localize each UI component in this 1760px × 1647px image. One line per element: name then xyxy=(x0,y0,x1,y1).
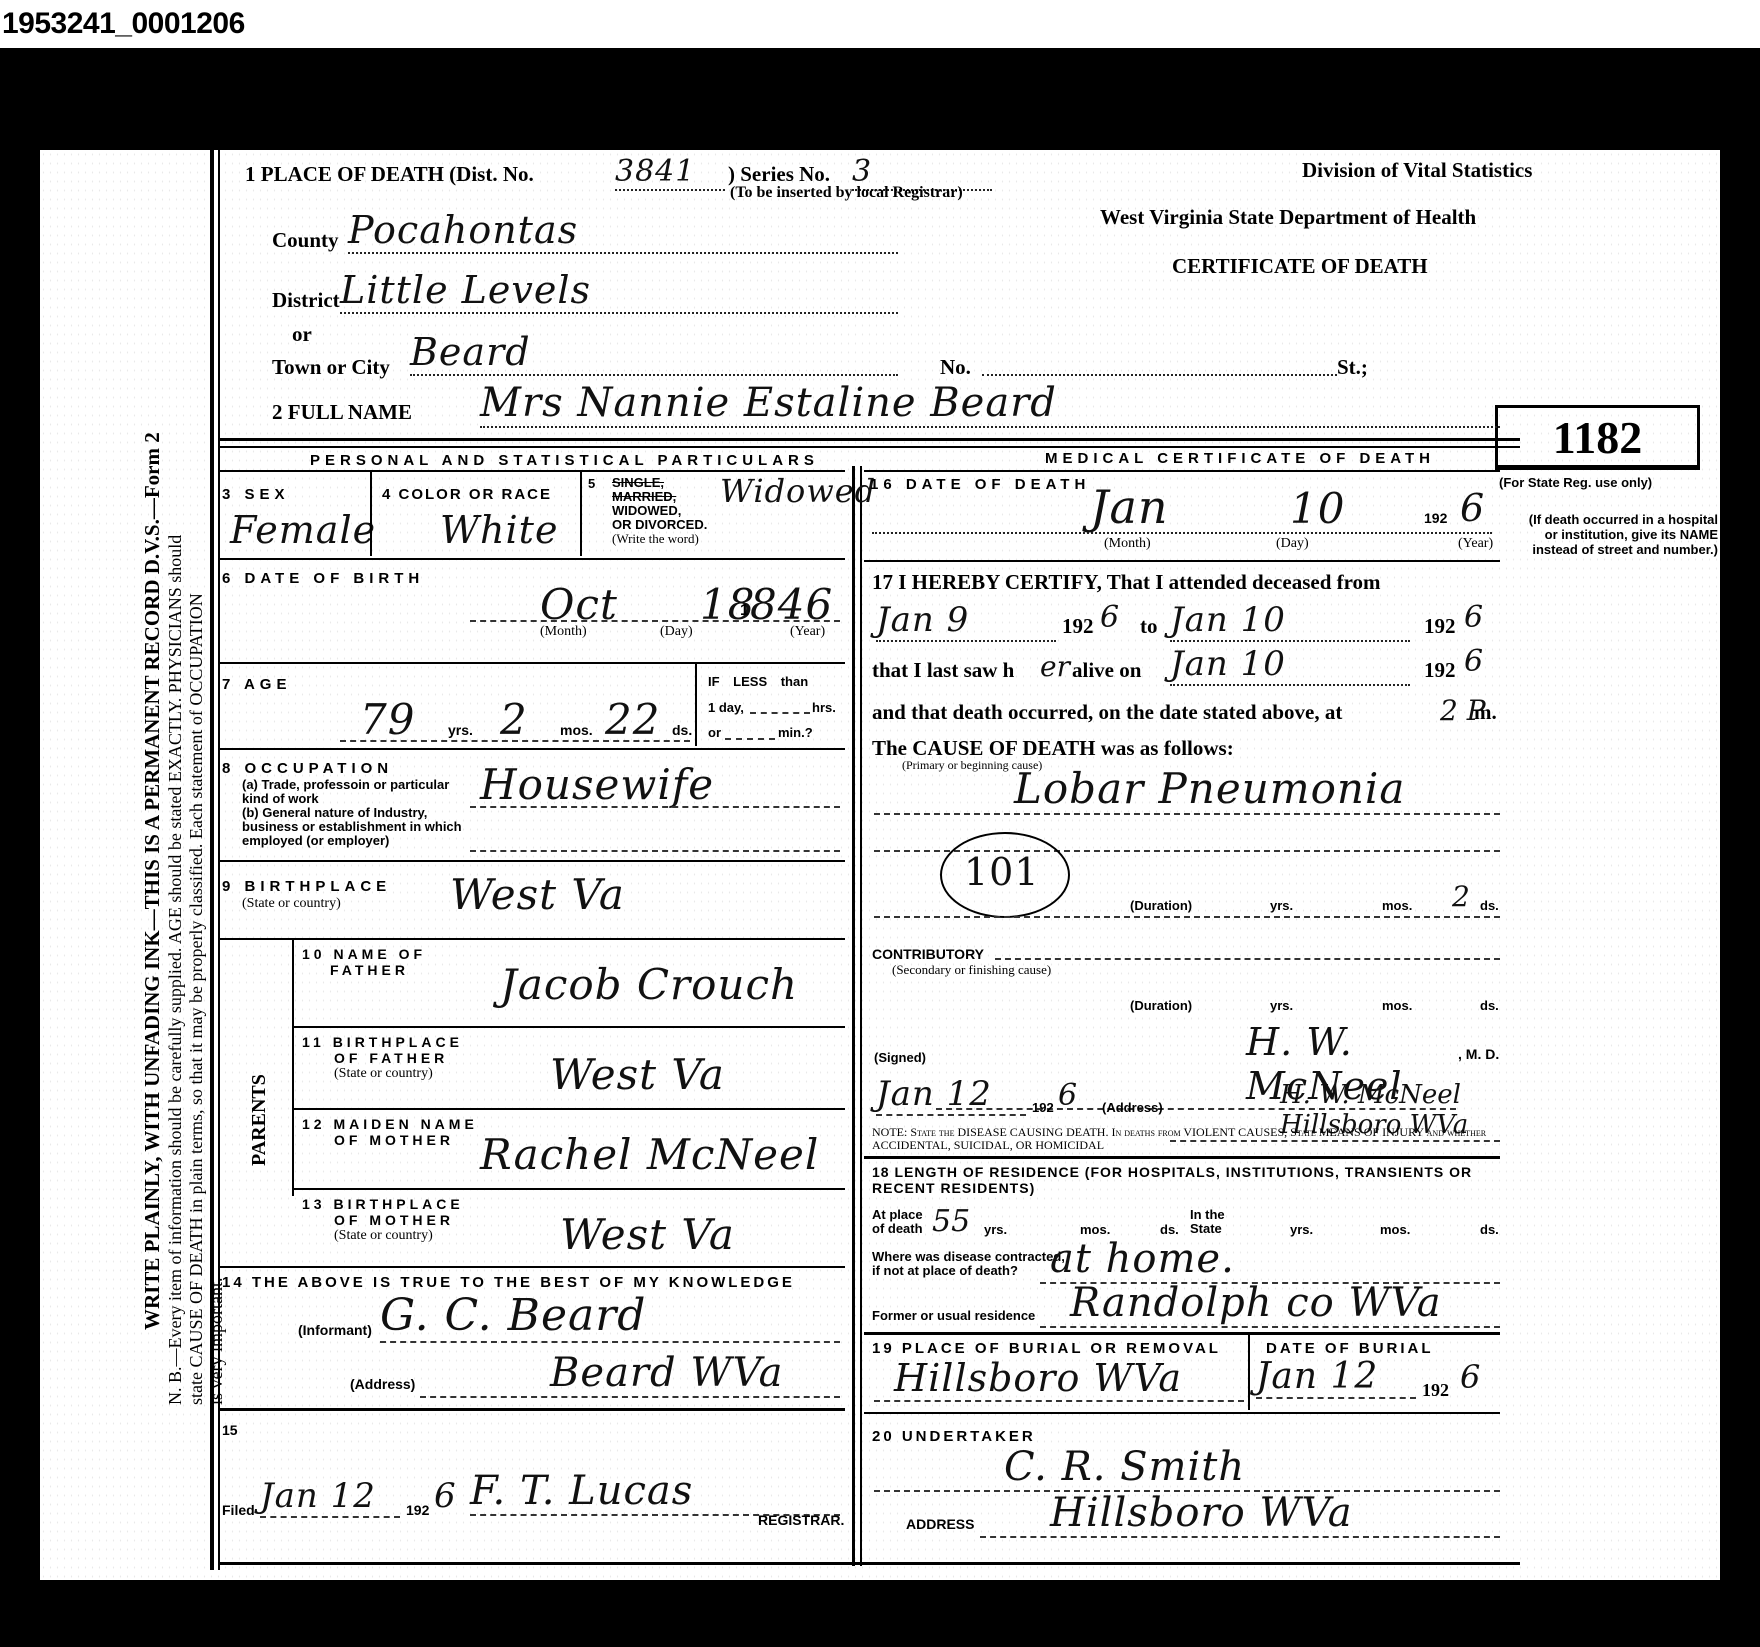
filed-year: 6 xyxy=(434,1476,457,1516)
mother-value: Rachel McNeel xyxy=(480,1130,819,1179)
age-days: 22 xyxy=(605,695,660,744)
dob-year-prefix: 1 xyxy=(740,602,749,620)
contributory-yrs: yrs. xyxy=(1270,998,1293,1013)
label-line: State xyxy=(1190,1222,1225,1236)
district-value: Little Levels xyxy=(340,268,898,314)
dod-month: Jan xyxy=(1090,480,1169,534)
last-saw-label-2: alive on xyxy=(1072,658,1141,683)
label-line: In the xyxy=(1190,1208,1225,1222)
father-label-line: FATHER xyxy=(302,962,426,978)
at-place-mos: mos. xyxy=(1080,1222,1110,1237)
parents-side-label: PARENTS xyxy=(248,1074,271,1166)
divider xyxy=(370,472,372,556)
dob-year: 846 xyxy=(750,580,833,629)
attended-from-date: Jan 9 xyxy=(876,600,1056,642)
dob-month-caption: (Month) xyxy=(540,624,587,640)
at-place-ds: ds. xyxy=(1160,1222,1179,1237)
last-saw-label-1: that I last saw h xyxy=(872,658,1014,683)
certificate-number: 1182 xyxy=(1495,405,1700,470)
duration-mos: mos. xyxy=(1382,898,1412,913)
signed-year-prefix: 192 xyxy=(1032,1100,1054,1115)
from-year-prefix: 192 xyxy=(1062,614,1094,639)
label-line: of death xyxy=(872,1222,923,1236)
dod-month-caption: (Month) xyxy=(1104,536,1151,552)
marital-options: SINGLE, MARRIED, WIDOWED, OR DIVORCED. (… xyxy=(612,476,707,546)
at-place-label: At place of death xyxy=(872,1208,923,1236)
divider xyxy=(695,662,697,746)
age-yrs-label: yrs. xyxy=(448,722,473,738)
undertaker-address-label: ADDRESS xyxy=(906,1516,974,1532)
occupation-label: 8 OCCUPATION xyxy=(222,760,393,777)
label-line: 11 BIRTHPLACE xyxy=(302,1034,463,1050)
age-months: 2 xyxy=(500,695,528,744)
at-place-years: 55 xyxy=(932,1204,970,1239)
undertaker-value: C. R. Smith xyxy=(874,1444,1500,1492)
dob-label: 6 DATE OF BIRTH xyxy=(222,570,424,587)
informant-label: (Informant) xyxy=(298,1322,372,1338)
divider xyxy=(294,1026,845,1028)
divider xyxy=(220,662,845,664)
sex-value: Female xyxy=(230,508,376,552)
dod-line xyxy=(872,532,1492,534)
or-label: or xyxy=(292,322,312,347)
physician-address-label: (Address) xyxy=(1102,1100,1163,1115)
father-birthplace-value: West Va xyxy=(550,1050,725,1099)
to-year-prefix: 192 xyxy=(1424,614,1456,639)
divider xyxy=(220,438,1520,441)
father-label: 10 NAME OF FATHER xyxy=(302,946,426,978)
personal-section-title: PERSONAL AND STATISTICAL PARTICULARS xyxy=(310,452,819,469)
in-state-ds: ds. xyxy=(1480,1222,1499,1237)
mother-birthplace-label: 13 BIRTHPLACE OF MOTHER (State or countr… xyxy=(302,1196,464,1244)
former-residence-value: Randolph co WVa xyxy=(1040,1280,1500,1328)
dist-no: 3841 xyxy=(615,154,725,191)
column-divider-inner xyxy=(860,466,862,1566)
to-label: to xyxy=(1140,614,1158,639)
full-name-label: 2 FULL NAME xyxy=(272,400,412,425)
contributory-duration-label: (Duration) xyxy=(1130,998,1192,1013)
cert-number-note: (For State Reg. use only) xyxy=(1499,475,1652,490)
option-widowed: WIDOWED, xyxy=(612,504,707,518)
street-label: St.; xyxy=(1337,355,1368,380)
dob-year-caption: (Year) xyxy=(790,624,825,640)
label-hint: (State or country) xyxy=(302,1228,464,1244)
registrar-note: (To be inserted by local Registrar) xyxy=(730,184,963,202)
filed-label: Filed xyxy=(222,1502,255,1518)
divider xyxy=(864,470,1500,472)
former-residence-label: Former or usual residence xyxy=(872,1308,1035,1323)
informant-address-label: (Address) xyxy=(350,1376,415,1392)
divider xyxy=(220,558,845,560)
duration-days: 2 xyxy=(1452,880,1470,913)
margin-line-3: state CAUSE OF DEATH in plain terms, so … xyxy=(186,593,207,1405)
informant-address: Beard WVa xyxy=(420,1350,840,1398)
department-title: West Virginia State Department of Health xyxy=(1100,205,1476,230)
divider xyxy=(220,860,845,862)
marital-num: 5 xyxy=(588,476,595,491)
contracted-value: at home. xyxy=(1040,1236,1500,1284)
occupation-line-b xyxy=(470,850,840,852)
frame-bottom xyxy=(220,1562,1520,1565)
age-line xyxy=(340,740,690,742)
attended-from-year: 6 xyxy=(1100,600,1120,635)
frame-left xyxy=(210,150,214,1570)
divider xyxy=(220,446,1520,448)
undertaker-address: Hillsboro WVa xyxy=(980,1490,1500,1538)
signed-date: Jan 12 xyxy=(876,1074,1026,1116)
registrar-label: REGISTRAR. xyxy=(758,1512,844,1528)
last-saw-pronoun: er xyxy=(1040,650,1070,683)
father-birthplace-label: 11 BIRTHPLACE OF FATHER (State or countr… xyxy=(302,1034,463,1082)
burial-year-prefix: 192 xyxy=(1422,1380,1449,1401)
divider xyxy=(220,938,845,940)
dod-day-caption: (Day) xyxy=(1276,536,1309,552)
in-state-label: In the State xyxy=(1190,1208,1225,1236)
undertaker-label: 20 UNDERTAKER xyxy=(872,1428,1036,1445)
sex-label: 3 SEX xyxy=(222,486,290,503)
in-state-yrs: yrs. xyxy=(1290,1222,1313,1237)
age-mos-label: mos. xyxy=(560,722,593,738)
hrs-field xyxy=(750,712,810,714)
father-value: Jacob Crouch xyxy=(500,960,798,1009)
divider xyxy=(1248,1334,1250,1410)
option-married: MARRIED, xyxy=(612,490,707,504)
death-certificate: WRITE PLAINLY, WITH UNFADING INK—THIS IS… xyxy=(40,150,1720,1580)
label-line: 12 MAIDEN NAME xyxy=(302,1116,478,1132)
residence-label: 18 LENGTH OF RESIDENCE (FOR HOSPITALS, I… xyxy=(872,1164,1502,1196)
label-line: if not at place of death? xyxy=(872,1264,1065,1278)
in-state-mos: mos. xyxy=(1380,1222,1410,1237)
marital-hint: (Write the word) xyxy=(612,532,707,546)
district-label: District xyxy=(272,288,340,313)
divider xyxy=(220,748,845,750)
label-line: At place xyxy=(872,1208,923,1222)
item1-label: 1 PLACE OF DEATH (Dist. No. xyxy=(245,162,534,187)
registrar-signature: F. T. Lucas xyxy=(470,1468,840,1516)
dod-year-prefix: 192 xyxy=(1424,510,1447,526)
md-label: , M. D. xyxy=(1458,1046,1499,1062)
occupation-value: Housewife xyxy=(480,760,714,809)
hrs-label: hrs. xyxy=(812,700,836,715)
dob-day-caption: (Day) xyxy=(660,624,693,640)
contributory-hint: (Secondary or finishing cause) xyxy=(892,962,1051,978)
divider xyxy=(864,1412,1500,1414)
last-saw-year: 6 xyxy=(1464,644,1484,679)
occupation-a-label: (a) Trade, professoin or particular kind… xyxy=(242,778,472,806)
town-label: Town or City xyxy=(272,355,390,380)
marital-value: Widowed xyxy=(720,472,876,510)
county-value: Pocahontas xyxy=(348,208,898,254)
mother-birthplace-value: West Va xyxy=(560,1210,735,1259)
occupation-b-label: (b) General nature of Industry, business… xyxy=(242,806,472,848)
division-title: Division of Vital Statistics xyxy=(1302,158,1532,183)
attended-to-date: Jan 10 xyxy=(1170,600,1410,642)
full-name-value: Mrs Nannie Estaline Beard xyxy=(480,380,1500,428)
option-single: SINGLE, xyxy=(612,476,707,490)
county-label: County xyxy=(272,228,339,253)
hospital-note: (If death occurred in a hospital or inst… xyxy=(1518,512,1718,557)
divider xyxy=(294,1188,845,1190)
burial-date-label: DATE OF BURIAL xyxy=(1266,1340,1434,1357)
race-label: 4 COLOR OR RACE xyxy=(382,486,552,503)
occupation-line-a xyxy=(470,806,840,808)
label-hint: (State or country) xyxy=(302,1066,463,1082)
one-day-label: 1 day, xyxy=(708,700,744,715)
label-line: 13 BIRTHPLACE xyxy=(302,1196,464,1212)
label-line: OF MOTHER xyxy=(302,1132,478,1148)
age-years: 79 xyxy=(360,695,415,744)
min-field xyxy=(725,738,775,740)
street-no-label: No. xyxy=(940,355,971,380)
informant-value: G. C. Beard xyxy=(380,1290,840,1343)
option-divorced: OR DIVORCED. xyxy=(612,518,707,532)
race-value: White xyxy=(440,508,558,552)
divider xyxy=(220,1266,845,1268)
dob-month: Oct xyxy=(540,580,618,629)
duration-ds: ds. xyxy=(1480,898,1499,913)
last-saw-year-prefix: 192 xyxy=(1424,658,1456,683)
signed-year: 6 xyxy=(1058,1078,1078,1113)
cause-code: 101 xyxy=(964,850,1040,894)
contributory-ds: ds. xyxy=(1480,998,1499,1013)
street-field xyxy=(982,350,1337,376)
at-place-yrs: yrs. xyxy=(984,1222,1007,1237)
item15-label: 15 xyxy=(222,1422,238,1438)
label-line: OF FATHER xyxy=(302,1050,463,1066)
father-label-line: 10 NAME OF xyxy=(302,946,426,962)
file-id: 1953241_0001206 xyxy=(0,0,1760,48)
divider xyxy=(864,1156,1500,1159)
less-than-label: IF LESS than xyxy=(708,674,808,689)
age-label: 7 AGE xyxy=(222,676,291,693)
medical-section-title: MEDICAL CERTIFICATE OF DEATH xyxy=(1045,450,1435,467)
town-value: Beard xyxy=(410,330,898,376)
contributory-label: CONTRIBUTORY xyxy=(872,946,984,962)
cause-value: Lobar Pneumonia xyxy=(874,764,1500,815)
parents-divider xyxy=(292,940,294,1196)
contributory-mos: mos. xyxy=(1382,998,1412,1013)
duration-line xyxy=(874,916,1500,918)
divider xyxy=(864,560,1500,562)
dod-year: 6 xyxy=(1460,486,1485,530)
filed-date: Jan 12 xyxy=(260,1476,400,1518)
burial-year: 6 xyxy=(1460,1358,1481,1396)
occurred-label: and that death occurred, on the date sta… xyxy=(872,700,1342,725)
divider xyxy=(864,1332,1500,1335)
contributory-line xyxy=(995,958,1500,960)
signed-label: (Signed) xyxy=(874,1050,926,1065)
divider xyxy=(294,1108,845,1110)
burial-place-value: Hillsboro WVa xyxy=(874,1356,1244,1402)
occurred-suffix: m. xyxy=(1474,700,1497,725)
certificate-title: CERTIFICATE OF DEATH xyxy=(1172,254,1428,279)
contracted-label: Where was disease contracted, if not at … xyxy=(872,1250,1065,1278)
burial-date: Jan 12 xyxy=(1256,1356,1416,1399)
birthplace-label: 9 BIRTHPLACE xyxy=(222,878,391,895)
mother-label: 12 MAIDEN NAME OF MOTHER xyxy=(302,1116,478,1148)
birthplace-value: West Va xyxy=(450,870,625,919)
margin-line-1: WRITE PLAINLY, WITH UNFADING INK—THIS IS… xyxy=(140,432,165,1330)
note-text: NOTE: State the DISEASE CAUSING DEATH. I… xyxy=(872,1126,1502,1152)
label-line: Where was disease contracted, xyxy=(872,1250,1065,1264)
dod-year-caption: (Year) xyxy=(1458,536,1493,552)
age-ds-label: ds. xyxy=(672,722,692,738)
attended-to-year: 6 xyxy=(1464,600,1484,635)
informant-statement: 14 THE ABOVE IS TRUE TO THE BEST OF MY K… xyxy=(222,1274,795,1291)
last-saw-date: Jan 10 xyxy=(1170,644,1410,686)
column-divider xyxy=(852,466,855,1566)
certify-label: 17 I HEREBY CERTIFY, That I attended dec… xyxy=(872,570,1381,595)
burial-place-label: 19 PLACE OF BURIAL OR REMOVAL xyxy=(872,1340,1221,1357)
or-min-label: or xyxy=(708,725,721,740)
label-line: OF MOTHER xyxy=(302,1212,464,1228)
birthplace-hint: (State or country) xyxy=(242,896,341,912)
dod-day: 10 xyxy=(1290,484,1345,533)
dod-label: 16 DATE OF DEATH xyxy=(870,476,1090,493)
divider xyxy=(580,472,582,556)
filed-year-prefix: 192 xyxy=(406,1502,429,1518)
duration-label: (Duration) xyxy=(1130,898,1192,913)
duration-yrs: yrs. xyxy=(1270,898,1293,913)
min-label: min.? xyxy=(778,725,813,740)
margin-line-2: N. B.—Every item of information should b… xyxy=(165,535,186,1405)
divider xyxy=(220,1408,845,1411)
